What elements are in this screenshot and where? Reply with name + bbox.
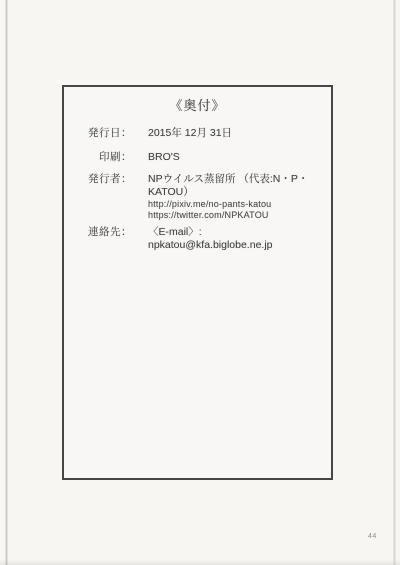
publisher-pixiv-url: http://pixiv.me/no-pants-katou — [148, 199, 321, 210]
publication-date-label: 発行日： — [64, 127, 132, 140]
publisher-name: NPウイルス蒸留所 （代表:N・P・KATOU） — [148, 173, 308, 198]
printer-value: BRO'S — [148, 151, 180, 164]
publication-date-row: 発行日： 2015年 12月 31日 — [64, 127, 321, 140]
publisher-row: 発行者： NPウイルス蒸留所 （代表:N・P・KATOU） http://pix… — [64, 173, 321, 220]
colophon-box: 《奥付》 発行日： 2015年 12月 31日 印刷： BRO'S 発行者： N… — [62, 85, 333, 480]
contact-row: 連絡先： 〈E-mail〉: npkatou@kfa.biglobe.ne.jp — [64, 226, 321, 252]
contact-email-value: 〈E-mail〉: npkatou@kfa.biglobe.ne.jp — [148, 226, 321, 252]
colophon-info-rows: 発行日： 2015年 12月 31日 印刷： BRO'S 発行者： NPウイルス… — [64, 127, 331, 252]
page-number: 44 — [368, 533, 377, 541]
publisher-label: 発行者： — [64, 173, 132, 186]
printer-row: 印刷： BRO'S — [64, 151, 321, 164]
contact-label: 連絡先： — [64, 226, 132, 239]
page-right-edge-shadow — [393, 0, 396, 565]
printer-label: 印刷： — [64, 151, 132, 164]
page-left-edge-shadow — [5, 0, 8, 565]
publication-date-value: 2015年 12月 31日 — [148, 127, 232, 140]
publisher-value-cell: NPウイルス蒸留所 （代表:N・P・KATOU） http://pixiv.me… — [148, 173, 321, 220]
page-bottom-edge-shadow — [0, 560, 400, 565]
publisher-twitter-url: https://twitter.com/NPKATOU — [148, 210, 321, 221]
colophon-title: 《奥付》 — [64, 98, 331, 113]
